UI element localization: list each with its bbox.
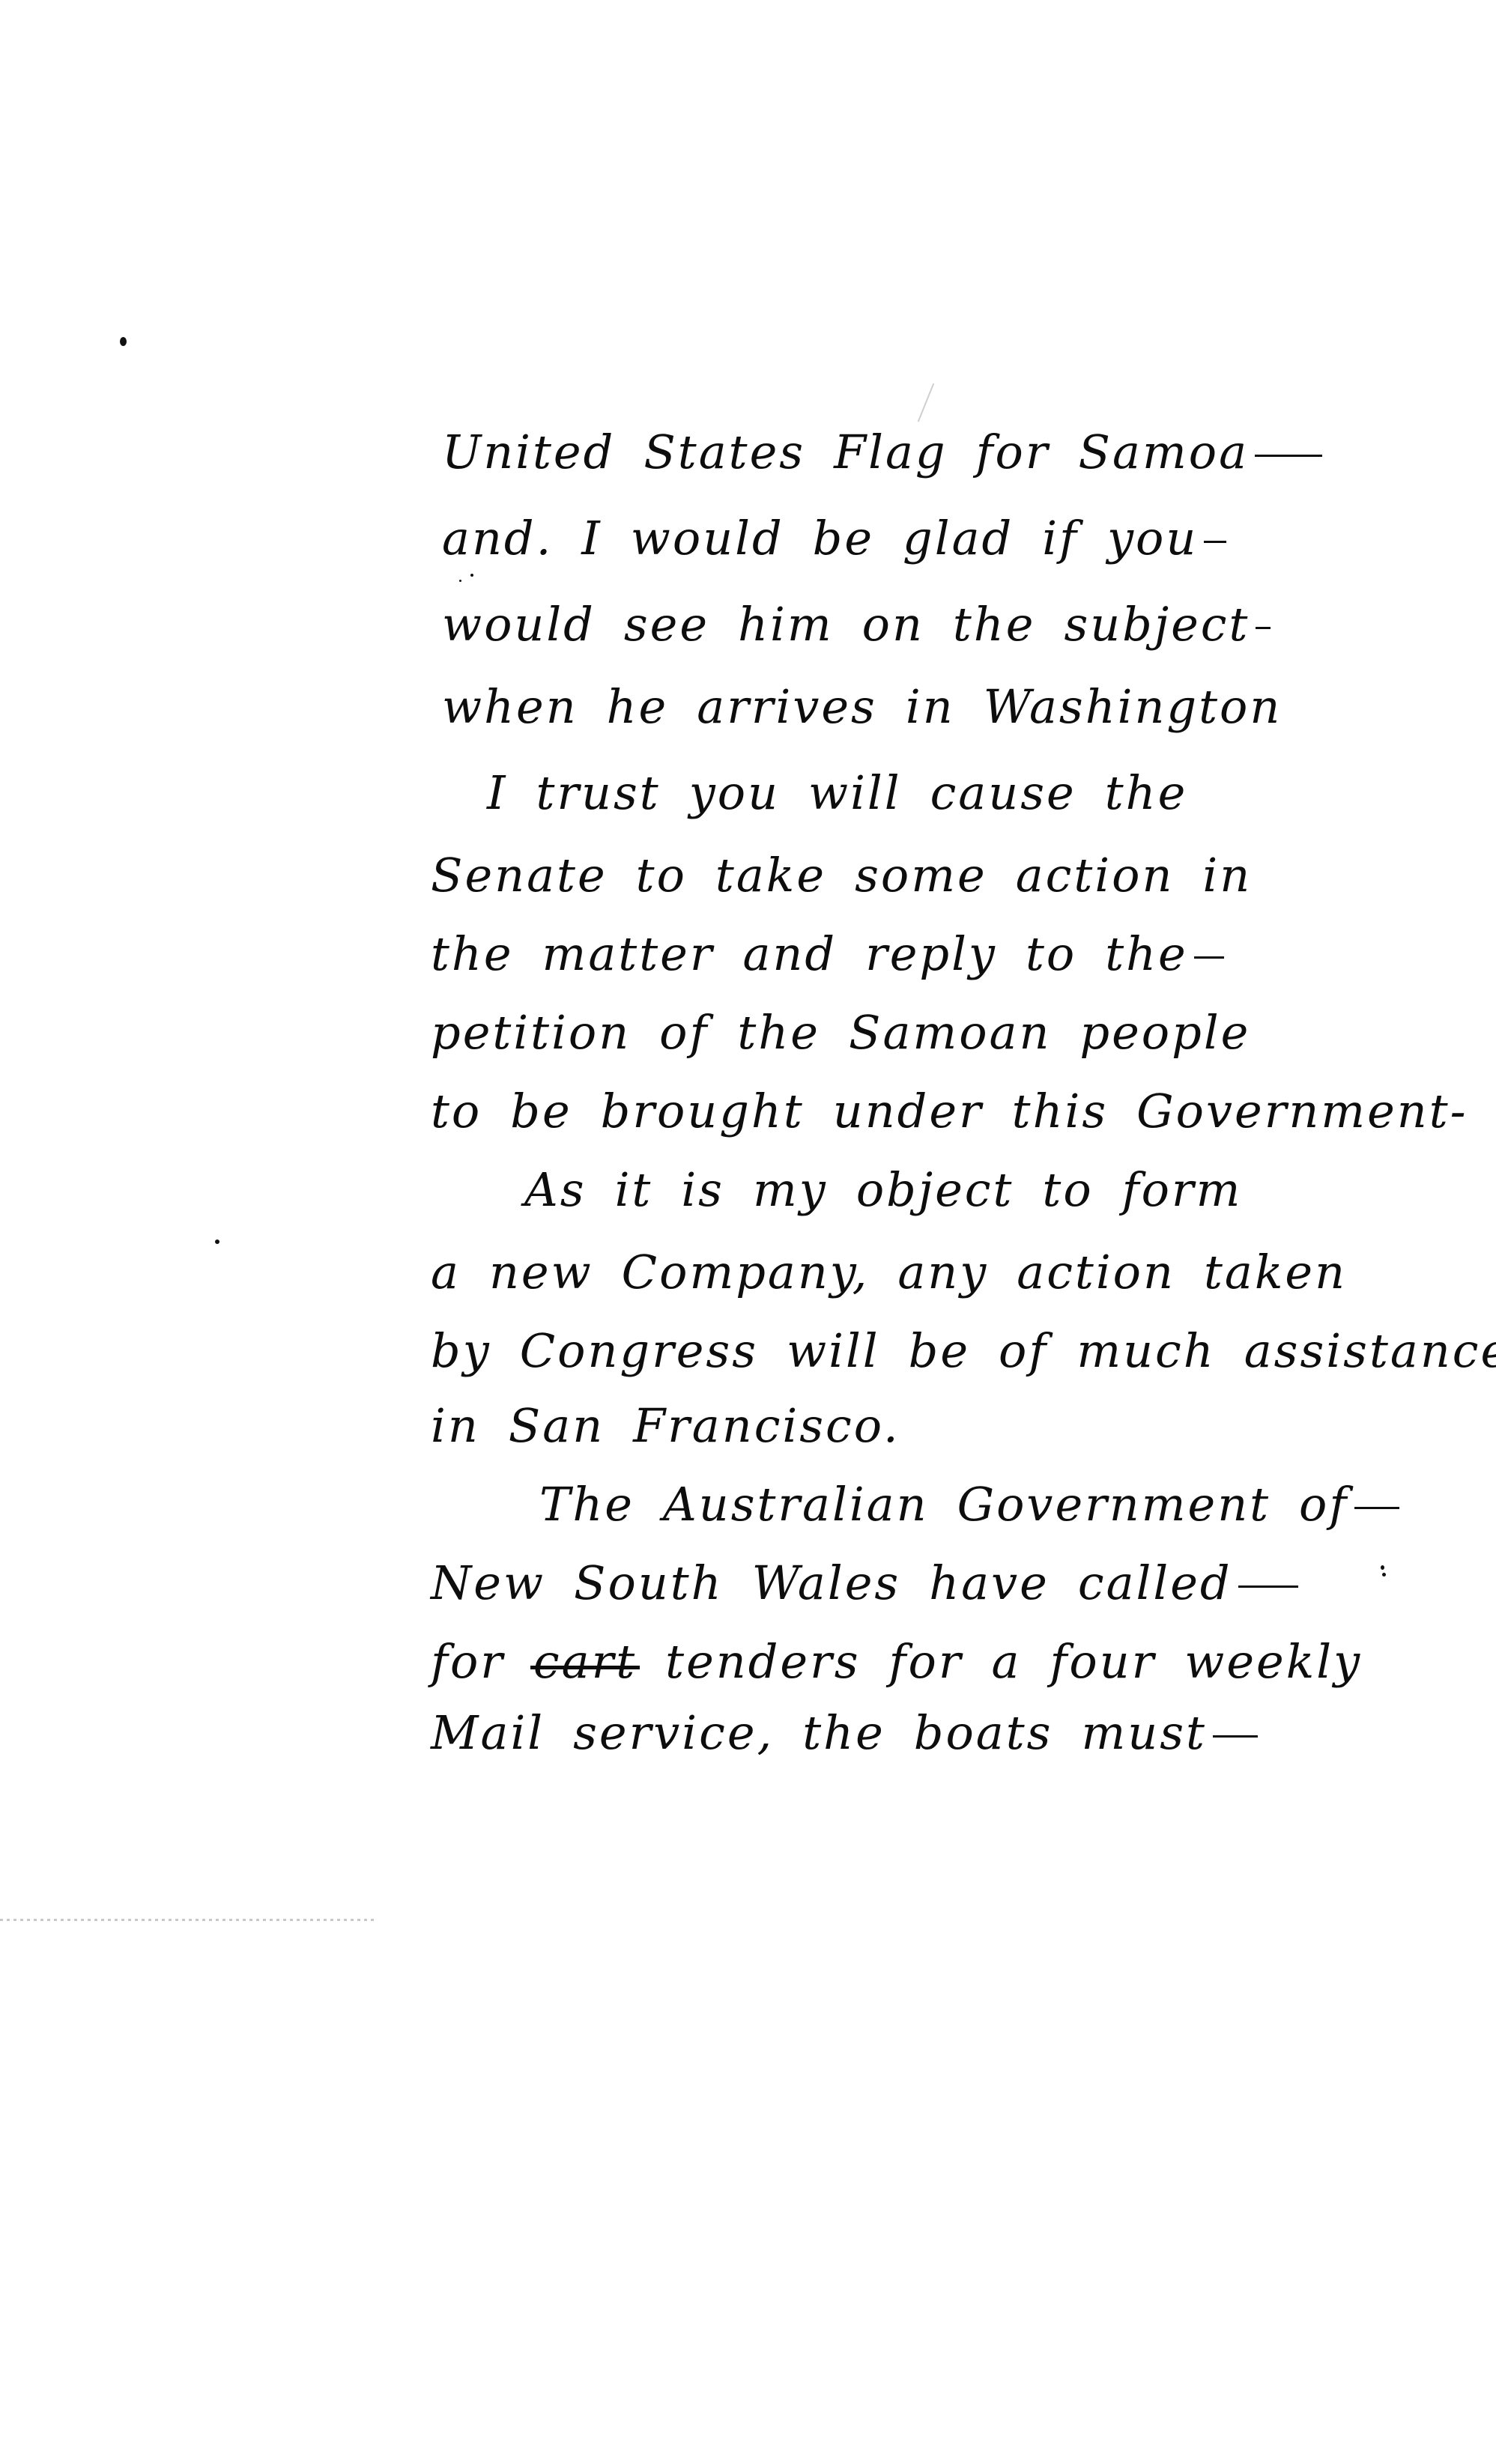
ink-speck (215, 1239, 219, 1244)
handwritten-word: to (636, 852, 687, 899)
handwritten-word: and (742, 931, 837, 977)
pen-flourish-tail (1354, 1507, 1399, 1509)
handwritten-word: The (539, 1481, 635, 1528)
handwritten-word: would (442, 601, 596, 648)
handwritten-word: of (999, 1328, 1048, 1374)
pen-flourish-tail (1256, 627, 1271, 629)
handwritten-word: service, (573, 1710, 774, 1756)
handwritten-word: the (953, 601, 1036, 648)
pen-flourish-tail (1194, 956, 1224, 959)
scanned-letter-page: UnitedStatesFlagforSamoaand.Iwouldbeglad… (0, 0, 1496, 2464)
handwritten-word: four (1050, 1639, 1156, 1685)
pen-flourish-tail (1213, 1735, 1258, 1738)
handwritten-word: it (615, 1167, 653, 1213)
handwritten-line: Senatetotakesomeactionin (431, 852, 1280, 899)
ink-speck (1381, 1565, 1384, 1570)
handwritten-word: for (889, 1639, 963, 1685)
handwritten-word: when (442, 684, 578, 730)
handwritten-word: action (1017, 1249, 1175, 1296)
handwritten-word: arrives (697, 684, 877, 730)
handwritten-line: anewCompany,anyactiontaken (431, 1249, 1375, 1296)
handwritten-word: Samoa (1079, 429, 1250, 476)
handwritten-word: taken (1204, 1249, 1347, 1296)
handwritten-word: San (509, 1403, 605, 1449)
handwritten-line: Itrustyouwillcausethe (487, 770, 1216, 816)
handwritten-word: cause (930, 770, 1076, 816)
handwritten-word: the (737, 1010, 820, 1056)
handwritten-word: boats (914, 1710, 1053, 1756)
handwritten-word: you (1107, 515, 1198, 562)
handwritten-word: New (431, 1560, 545, 1606)
handwritten-word: to (431, 1088, 482, 1135)
handwritten-word: any (897, 1249, 988, 1296)
handwritten-word: Flag (834, 429, 948, 476)
handwritten-word: weekly (1184, 1639, 1362, 1685)
handwritten-word: South (574, 1560, 724, 1606)
handwritten-word: action (1016, 852, 1175, 899)
handwritten-line: thematterandreplytothe (431, 931, 1224, 977)
handwritten-word: would (631, 515, 784, 562)
handwritten-word: people (1079, 1010, 1250, 1056)
struck-through-word: cart (533, 1639, 637, 1685)
handwritten-word: Senate (431, 852, 608, 899)
handwritten-word: As (524, 1167, 587, 1213)
handwritten-word: much (1076, 1328, 1215, 1374)
handwritten-word: if (1042, 515, 1079, 562)
handwritten-word: the (802, 1710, 885, 1756)
handwritten-line: Asitismyobjecttoform (524, 1167, 1271, 1213)
handwritten-word: will (787, 1328, 880, 1374)
scan-artifact-line (0, 1919, 375, 1921)
handwritten-line: NewSouthWaleshavecalled (431, 1560, 1298, 1606)
handwritten-word: Samoan (849, 1010, 1051, 1056)
handwritten-word: take (715, 852, 826, 899)
handwritten-line: Mailservice,theboatsmust (431, 1710, 1258, 1756)
handwritten-word: form (1122, 1167, 1243, 1213)
handwritten-word: Government (957, 1481, 1271, 1528)
handwritten-line: forcarttendersforafourweekly (431, 1639, 1390, 1685)
handwritten-word: for (976, 429, 1050, 476)
handwritten-word: in (1202, 852, 1252, 899)
pen-flourish-tail (1255, 455, 1322, 457)
handwritten-word: see (624, 601, 709, 648)
handwritten-word: a (431, 1249, 461, 1296)
handwritten-word: Washington (984, 684, 1282, 730)
ink-speck (1382, 1573, 1386, 1577)
handwritten-word: must (1082, 1710, 1207, 1756)
pen-flourish-tail (1238, 1585, 1298, 1588)
handwritten-word: assistance (1244, 1328, 1496, 1374)
handwritten-word: Company, (622, 1249, 870, 1296)
handwritten-word: States (643, 429, 805, 476)
handwritten-line: and.Iwouldbegladifyou (442, 515, 1226, 562)
handwritten-word: him (738, 601, 834, 648)
handwritten-word: of (1299, 1481, 1348, 1528)
handwritten-word: called (1078, 1560, 1232, 1606)
handwritten-word: have (929, 1560, 1050, 1606)
handwritten-word: reply (865, 931, 997, 977)
handwritten-word: he (607, 684, 669, 730)
handwritten-word: tenders (665, 1639, 860, 1685)
handwritten-word: be (909, 1328, 970, 1374)
handwritten-word: glad (903, 515, 1014, 562)
handwritten-word: trust (536, 770, 661, 816)
handwritten-word: by (431, 1328, 491, 1374)
handwritten-line: inSanFrancisco. (431, 1403, 929, 1449)
ink-speck (459, 580, 461, 582)
handwritten-word: you (689, 770, 780, 816)
handwritten-word: subject (1064, 601, 1250, 648)
handwritten-word: be (813, 515, 874, 562)
handwritten-word: this (1012, 1088, 1109, 1135)
handwritten-word: I (487, 770, 508, 816)
handwritten-word: of (659, 1010, 709, 1056)
handwritten-word: in (431, 1403, 480, 1449)
handwritten-word: Government- (1136, 1088, 1468, 1135)
handwritten-line: TheAustralianGovernmentof (539, 1481, 1399, 1528)
handwritten-word: and. (442, 515, 553, 562)
handwritten-word: on (862, 601, 924, 648)
handwritten-word: Congress (520, 1328, 758, 1374)
handwritten-word: the (1105, 770, 1188, 816)
handwritten-word: to (1026, 931, 1076, 977)
handwritten-word: is (681, 1167, 724, 1213)
handwritten-word: new (489, 1249, 593, 1296)
faint-pencil-mark (918, 383, 934, 422)
ink-speck (120, 337, 127, 346)
handwritten-word: be (510, 1088, 572, 1135)
handwritten-word: Francisco. (633, 1403, 900, 1449)
ink-speck (470, 574, 473, 577)
handwritten-word: will (808, 770, 902, 816)
handwritten-line: whenhearrivesinWashington (442, 684, 1310, 730)
handwritten-line: wouldseehimonthesubject (442, 601, 1271, 648)
handwritten-word: the (431, 931, 514, 977)
handwritten-line: UnitedStatesFlagforSamoa (442, 429, 1322, 476)
handwritten-word: matter (542, 931, 715, 977)
handwritten-word: object (856, 1167, 1014, 1213)
handwritten-word: under (833, 1088, 984, 1135)
handwritten-word: to (1042, 1167, 1093, 1213)
handwritten-word: my (753, 1167, 828, 1213)
handwritten-word: Australian (663, 1481, 929, 1528)
handwritten-word: Wales (752, 1560, 901, 1606)
handwritten-word: the (1105, 931, 1188, 977)
handwritten-word: brought (601, 1088, 805, 1135)
handwritten-line: byCongresswillbeofmuchassistance (431, 1328, 1496, 1374)
handwritten-line: petitionoftheSamoanpeople (431, 1010, 1279, 1056)
handwritten-word: for (431, 1639, 505, 1685)
handwritten-word: United (442, 429, 615, 476)
handwritten-line: tobebroughtunderthisGovernment- (431, 1088, 1496, 1135)
handwritten-word: some (855, 852, 987, 899)
handwritten-word: in (906, 684, 955, 730)
handwritten-word: I (581, 515, 602, 562)
pen-flourish-tail (1204, 541, 1226, 543)
handwritten-word: Mail (431, 1710, 545, 1756)
handwritten-word: a (991, 1639, 1021, 1685)
handwritten-word: petition (431, 1010, 631, 1056)
